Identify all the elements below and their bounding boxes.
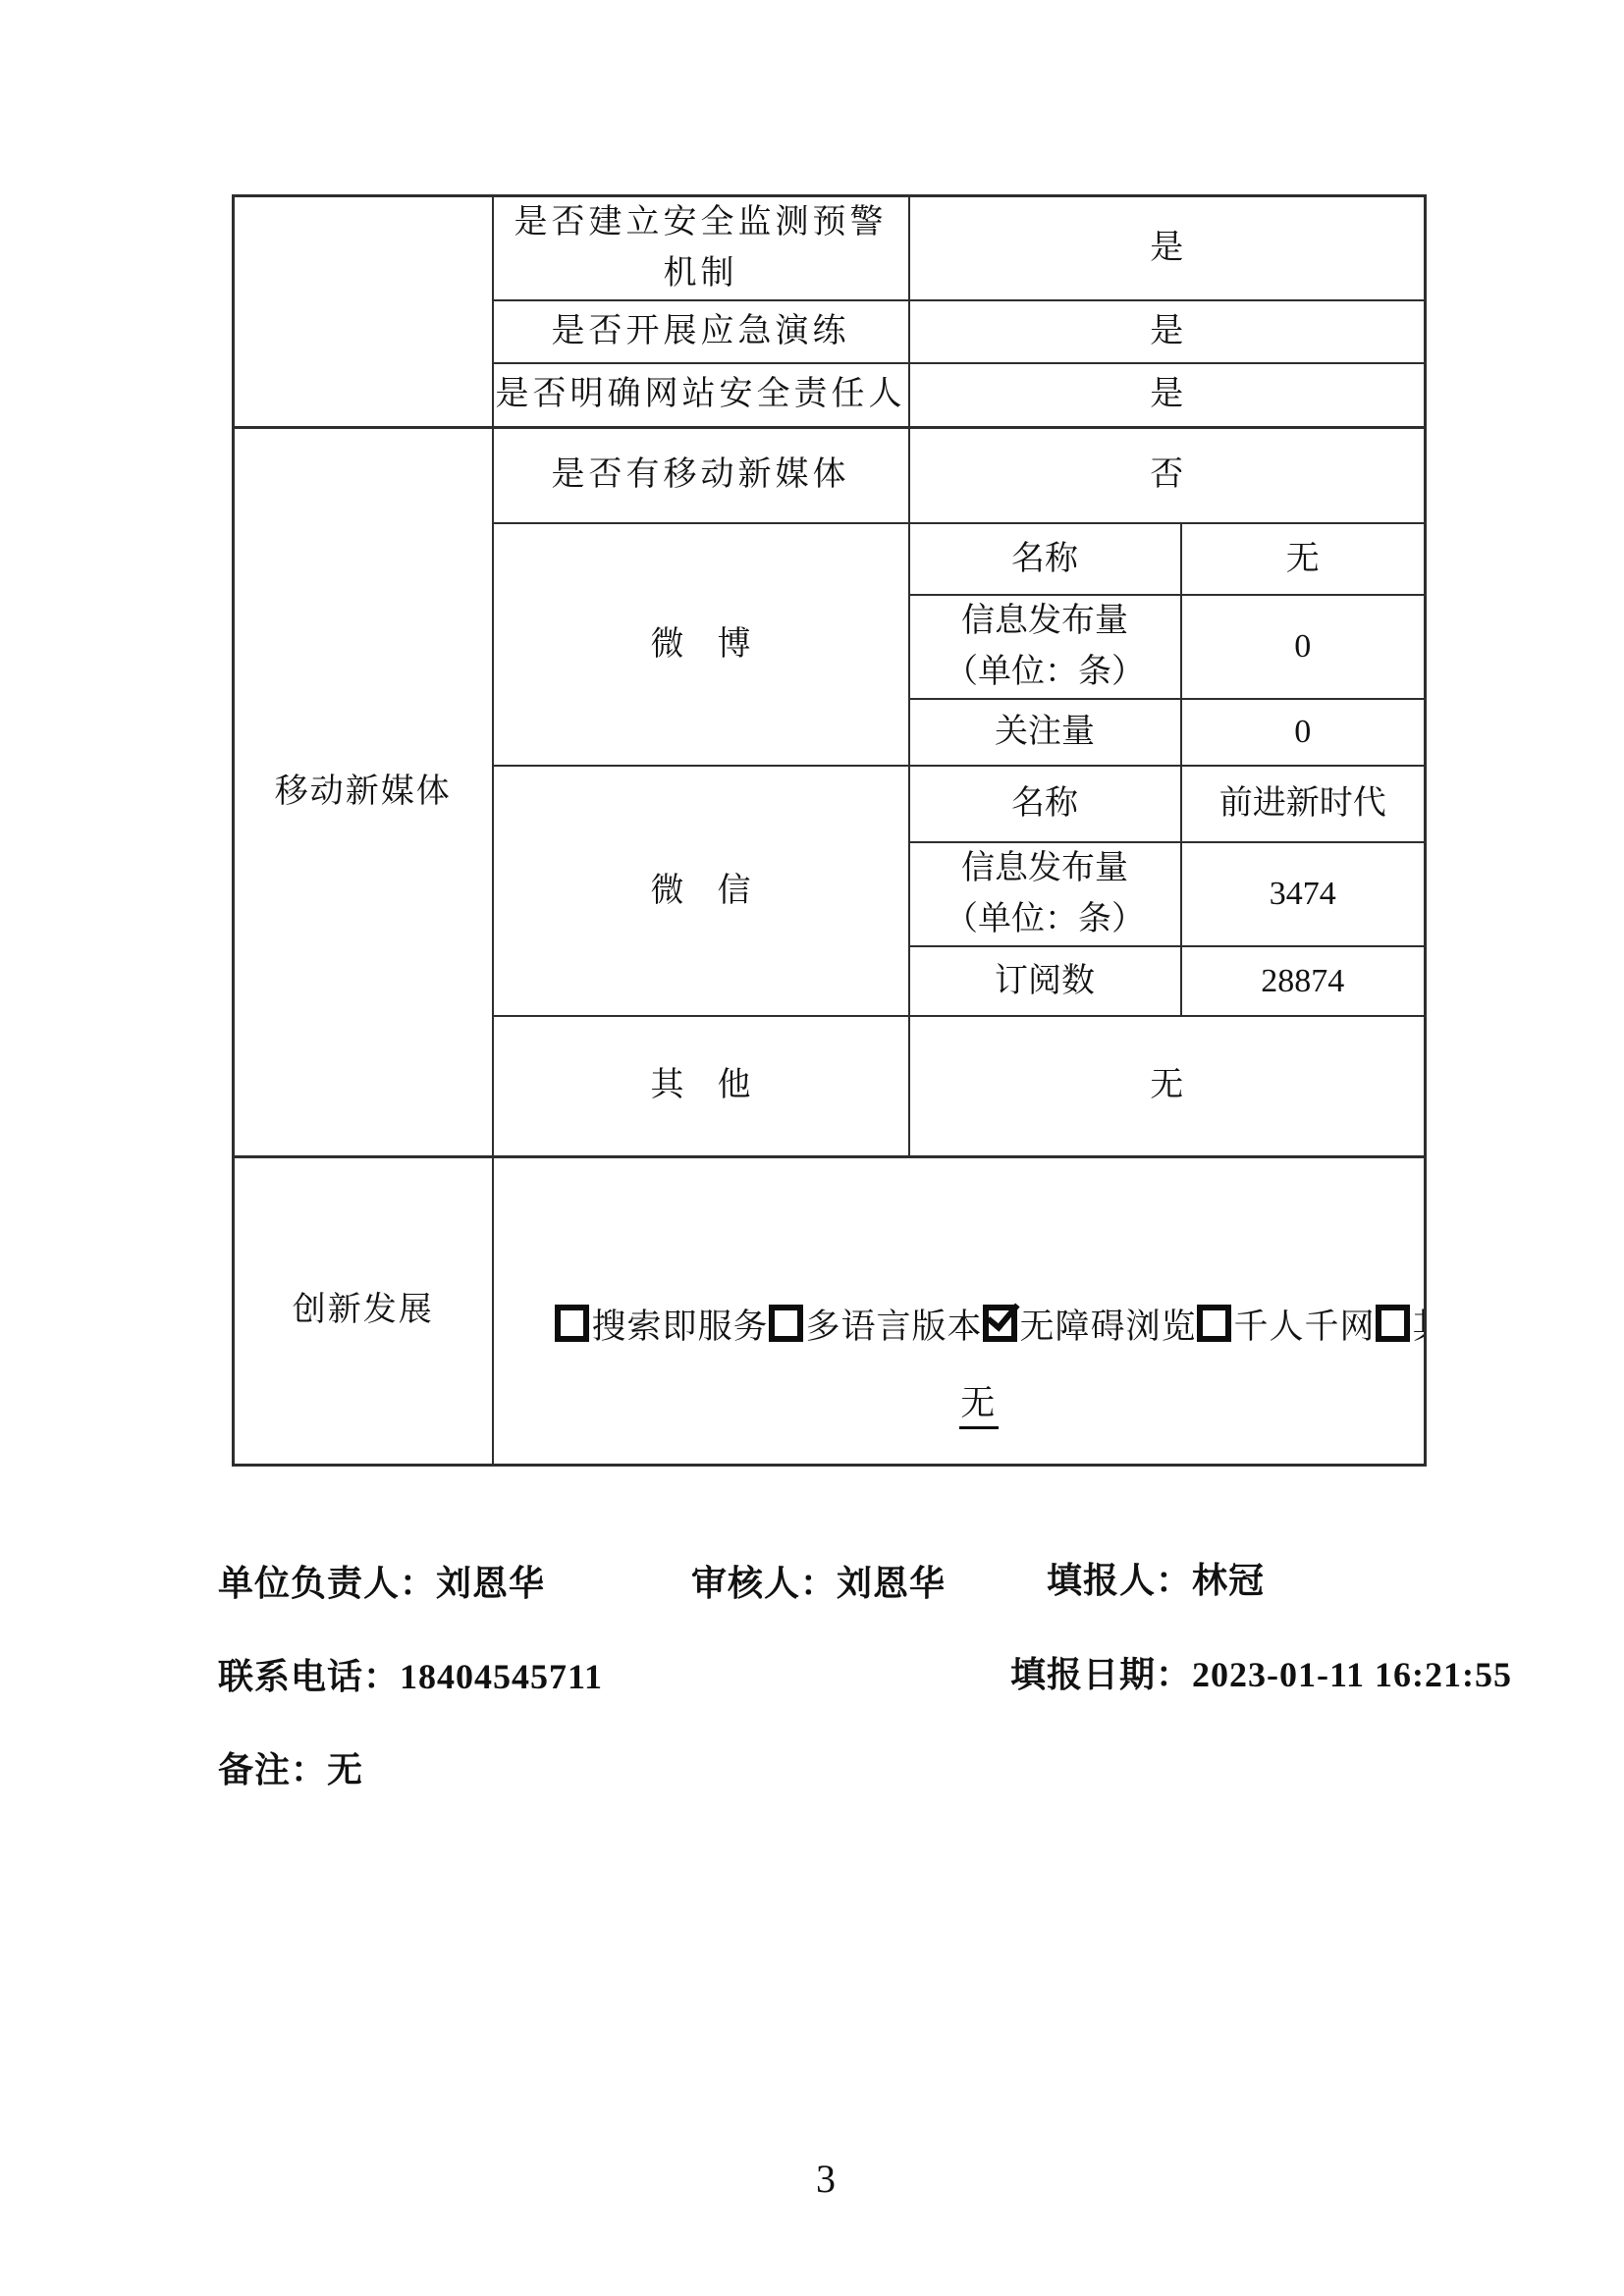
innovation-content: 搜索即服务多语言版本无障碍浏览千人千网其他 无 xyxy=(494,1177,1425,1444)
table-row: 是否建立安全监测预警 机制 是 xyxy=(234,196,1426,301)
security-officer-value: 是 xyxy=(909,363,1426,427)
security-monitor-label: 是否建立安全监测预警 机制 xyxy=(493,196,909,301)
other-media-value: 无 xyxy=(909,1016,1426,1156)
report-table: 是否建立安全监测预警 机制 是 是否开展应急演练 是 是否明确网站安全责任人 是… xyxy=(232,194,1427,1467)
wechat-posts-label: 信息发布量 （单位：条） xyxy=(909,842,1181,946)
weibo-name-label: 名称 xyxy=(909,523,1181,595)
wechat-name-label: 名称 xyxy=(909,766,1181,842)
weibo-posts-value: 0 xyxy=(1181,595,1426,699)
security-drill-value: 是 xyxy=(909,300,1426,363)
wechat-name-value: 前进新时代 xyxy=(1181,766,1426,842)
option-multilingual: 多语言版本 xyxy=(769,1287,983,1367)
remark: 备注：无 xyxy=(218,1742,363,1792)
security-section-cell xyxy=(234,196,493,428)
option-label: 搜索即服务 xyxy=(592,1308,769,1346)
filler: 填报人：林冠 xyxy=(1047,1553,1265,1603)
innovation-cell: 搜索即服务多语言版本无障碍浏览千人千网其他 无 xyxy=(493,1156,1426,1465)
mobile-media-section-label: 移动新媒体 xyxy=(234,427,493,1156)
option-label: 无障碍浏览 xyxy=(1020,1308,1197,1346)
innovation-options: 搜索即服务多语言版本无障碍浏览千人千网其他 xyxy=(555,1287,1405,1367)
option-label: 千人千网 xyxy=(1234,1308,1376,1346)
checkbox-icon[interactable] xyxy=(1197,1305,1231,1342)
table-row: 移动新媒体 是否有移动新媒体 否 xyxy=(234,427,1426,523)
has-mobile-media-label: 是否有移动新媒体 xyxy=(493,427,909,523)
weibo-followers-value: 0 xyxy=(1181,699,1426,766)
responsible-person: 单位负责人：刘恩华 xyxy=(218,1556,545,1606)
innovation-note: 无 xyxy=(959,1381,999,1429)
page-number: 3 xyxy=(0,2156,1624,2202)
weibo-name-value: 无 xyxy=(1181,523,1426,595)
weibo-label: 微 博 xyxy=(493,523,909,766)
option-search-service: 搜索即服务 xyxy=(555,1287,769,1367)
reviewer: 审核人：刘恩华 xyxy=(691,1556,946,1606)
innovation-note-line: 无 xyxy=(555,1363,1405,1444)
weibo-followers-label: 关注量 xyxy=(909,699,1181,766)
innovation-section-label: 创新发展 xyxy=(234,1156,493,1465)
wechat-subscribers-label: 订阅数 xyxy=(909,946,1181,1016)
table-row: 创新发展 搜索即服务多语言版本无障碍浏览千人千网其他 无 xyxy=(234,1156,1426,1465)
contact-phone: 联系电话：18404545711 xyxy=(218,1649,603,1699)
other-media-label: 其 他 xyxy=(493,1016,909,1156)
option-other: 其他 xyxy=(1376,1287,1426,1367)
wechat-posts-value: 3474 xyxy=(1181,842,1426,946)
has-mobile-media-value: 否 xyxy=(909,427,1426,523)
report-date: 填报日期：2023-01-11 16:21:55 xyxy=(1010,1647,1512,1697)
option-personalized: 千人千网 xyxy=(1197,1287,1376,1367)
document-page: 是否建立安全监测预警 机制 是 是否开展应急演练 是 是否明确网站安全责任人 是… xyxy=(0,0,1624,2296)
security-officer-label: 是否明确网站安全责任人 xyxy=(493,363,909,427)
checkbox-checked-icon[interactable] xyxy=(983,1305,1017,1342)
option-accessibility: 无障碍浏览 xyxy=(983,1287,1197,1367)
checkbox-icon[interactable] xyxy=(769,1305,803,1342)
option-label: 多语言版本 xyxy=(806,1308,983,1346)
wechat-label: 微 信 xyxy=(493,766,909,1016)
security-monitor-value: 是 xyxy=(909,196,1426,301)
option-label: 其他 xyxy=(1413,1308,1426,1346)
wechat-subscribers-value: 28874 xyxy=(1181,946,1426,1016)
weibo-posts-label: 信息发布量 （单位：条） xyxy=(909,595,1181,699)
checkbox-icon[interactable] xyxy=(555,1305,589,1342)
security-drill-label: 是否开展应急演练 xyxy=(493,300,909,363)
checkbox-icon[interactable] xyxy=(1376,1305,1410,1342)
